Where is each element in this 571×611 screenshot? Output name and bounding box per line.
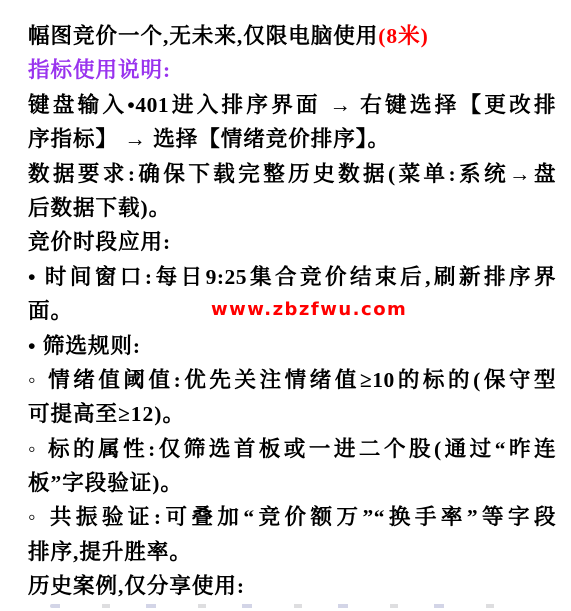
text-line: • 筛选规则: xyxy=(28,329,556,363)
body-text: 序指标】 → 选择【情绪竞价排序】。 xyxy=(28,127,390,151)
body-text: 历史案例,仅分享使用: xyxy=(28,574,245,598)
text-line: 历史案例,仅分享使用: xyxy=(28,569,556,603)
body-text: 排序,提升胜率。 xyxy=(28,540,192,564)
text-line: ◦ 标的属性:仅筛选首板或一进二个股(通过“昨连 xyxy=(28,432,556,466)
section-heading-text: 指标使用说明: xyxy=(28,58,171,82)
body-text: 幅图竞价一个,无未来,仅限电脑使用 xyxy=(28,24,378,48)
watermark: www.zbzfwu.com xyxy=(211,299,407,320)
text-line: ◦ 共振验证:可叠加“竞价额万”“换手率”等字段 xyxy=(28,500,556,534)
body-text: 面。 xyxy=(28,299,73,323)
text-line: 可提高至≥12)。 xyxy=(28,397,556,431)
body-text: • 时间窗口:每日9:25集合竞价结束后,刷新排序界 xyxy=(28,265,556,289)
text-line: ◦ 情绪值阈值:优先关注情绪值≥10的标的(保守型 xyxy=(28,363,556,397)
text-line: 键盘输入•401进入排序界面 → 右键选择【更改排 xyxy=(28,88,556,122)
text-line: 指标使用说明: xyxy=(28,53,556,87)
body-text: ◦ 情绪值阈值:优先关注情绪值≥10的标的(保守型 xyxy=(28,368,556,392)
page: 幅图竞价一个,无未来,仅限电脑使用(8米)指标使用说明:键盘输入•401进入排序… xyxy=(0,0,571,611)
highlight-red-text: (8米) xyxy=(378,24,429,48)
text-line: • 时间窗口:每日9:25集合竞价结束后,刷新排序界 xyxy=(28,260,556,294)
clipped-next-line xyxy=(50,604,520,608)
body-text: ◦ 标的属性:仅筛选首板或一进二个股(通过“昨连 xyxy=(28,437,556,461)
body-text: 后数据下载)。 xyxy=(28,196,171,220)
body-text: 板”字段验证)。 xyxy=(28,471,183,495)
body-text: 数据要求:确保下载完整历史数据(菜单:系统→盘 xyxy=(28,162,556,186)
text-line: 后数据下载)。 xyxy=(28,191,556,225)
body-text: 竞价时段应用: xyxy=(28,230,171,254)
text-line: 板”字段验证)。 xyxy=(28,466,556,500)
text-line: 幅图竞价一个,无未来,仅限电脑使用(8米) xyxy=(28,19,556,53)
text-line: 序指标】 → 选择【情绪竞价排序】。 xyxy=(28,122,556,156)
body-text: ◦ 共振验证:可叠加“竞价额万”“换手率”等字段 xyxy=(28,505,556,529)
body-text: 键盘输入•401进入排序界面 → 右键选择【更改排 xyxy=(28,93,556,117)
body-text: 可提高至≥12)。 xyxy=(28,402,185,426)
text-line: 竞价时段应用: xyxy=(28,225,556,259)
text-line: 排序,提升胜率。 xyxy=(28,535,556,569)
body-text: • 筛选规则: xyxy=(28,334,141,358)
text-line: 数据要求:确保下载完整历史数据(菜单:系统→盘 xyxy=(28,157,556,191)
